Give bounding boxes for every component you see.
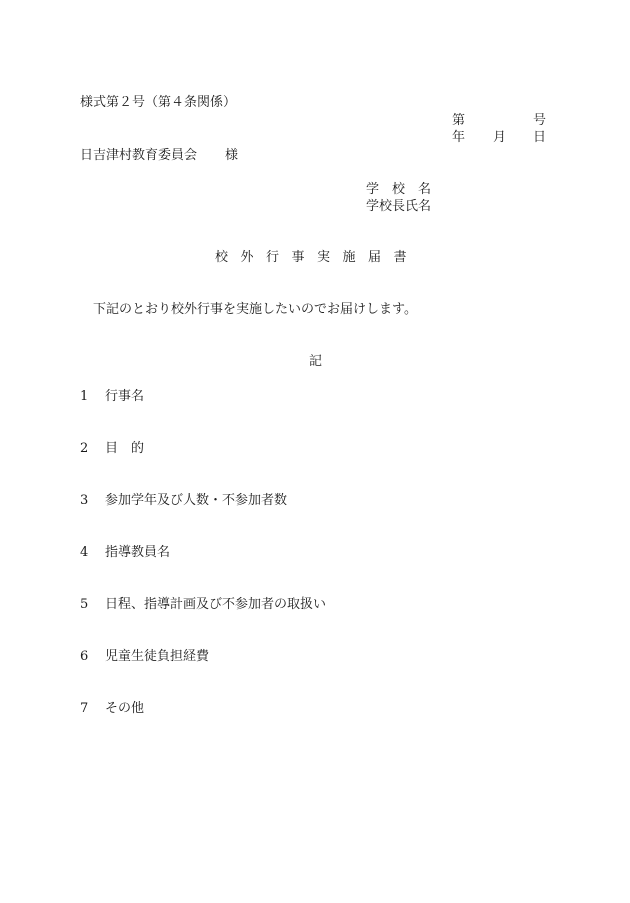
number-prefix: 第 <box>452 113 465 129</box>
item-label: 参加学年及び人数・不参加者数 <box>105 493 287 508</box>
addressee-name: 日吉津村教育委員会 <box>80 148 197 164</box>
date-day: 日 <box>533 130 546 146</box>
item-6: 6児童生徒負担経費 <box>80 649 209 665</box>
date-year: 年 <box>452 130 465 146</box>
item-number: 1 <box>80 389 105 405</box>
school-name-label-char-3: 名 <box>418 182 431 198</box>
form-label: 様式第２号（第４条関係） <box>80 95 236 111</box>
item-number: 5 <box>80 597 105 613</box>
number-suffix: 号 <box>533 113 546 129</box>
title-char: 施 <box>343 250 369 266</box>
item-number: 3 <box>80 493 105 509</box>
title-char: 校 <box>215 250 241 266</box>
item-label: 行事名 <box>105 389 144 404</box>
school-name-label-char-1: 学 <box>366 182 379 198</box>
item-number: 4 <box>80 545 105 561</box>
principal-name-label: 学校長氏名 <box>366 199 431 215</box>
addressee-honorific: 様 <box>225 148 238 164</box>
item-3: 3参加学年及び人数・不参加者数 <box>80 493 287 509</box>
title-char: 事 <box>292 250 318 266</box>
item-7: 7その他 <box>80 701 144 717</box>
item-number: 7 <box>80 701 105 717</box>
document-title: 校外行事実施届書 <box>215 250 419 266</box>
title-char: 行 <box>266 250 292 266</box>
title-char: 実 <box>317 250 343 266</box>
item-number: 6 <box>80 649 105 665</box>
date-month: 月 <box>493 130 506 146</box>
item-1: 1行事名 <box>80 389 144 405</box>
item-label: その他 <box>105 701 144 716</box>
item-number: 2 <box>80 441 105 457</box>
item-label: 目 的 <box>105 441 144 456</box>
title-char: 外 <box>241 250 267 266</box>
item-2: 2目 的 <box>80 441 144 457</box>
item-label: 日程、指導計画及び不参加者の取扱い <box>105 597 326 612</box>
school-name-label-char-2: 校 <box>392 182 405 198</box>
intro-sentence: 下記のとおり校外行事を実施したいのでお届けします。 <box>93 302 417 318</box>
item-label: 指導教員名 <box>105 545 170 560</box>
ki-heading: 記 <box>309 354 322 370</box>
item-5: 5日程、指導計画及び不参加者の取扱い <box>80 597 326 613</box>
title-char: 書 <box>394 250 420 266</box>
item-label: 児童生徒負担経費 <box>105 649 209 664</box>
title-char: 届 <box>368 250 394 266</box>
item-4: 4指導教員名 <box>80 545 170 561</box>
